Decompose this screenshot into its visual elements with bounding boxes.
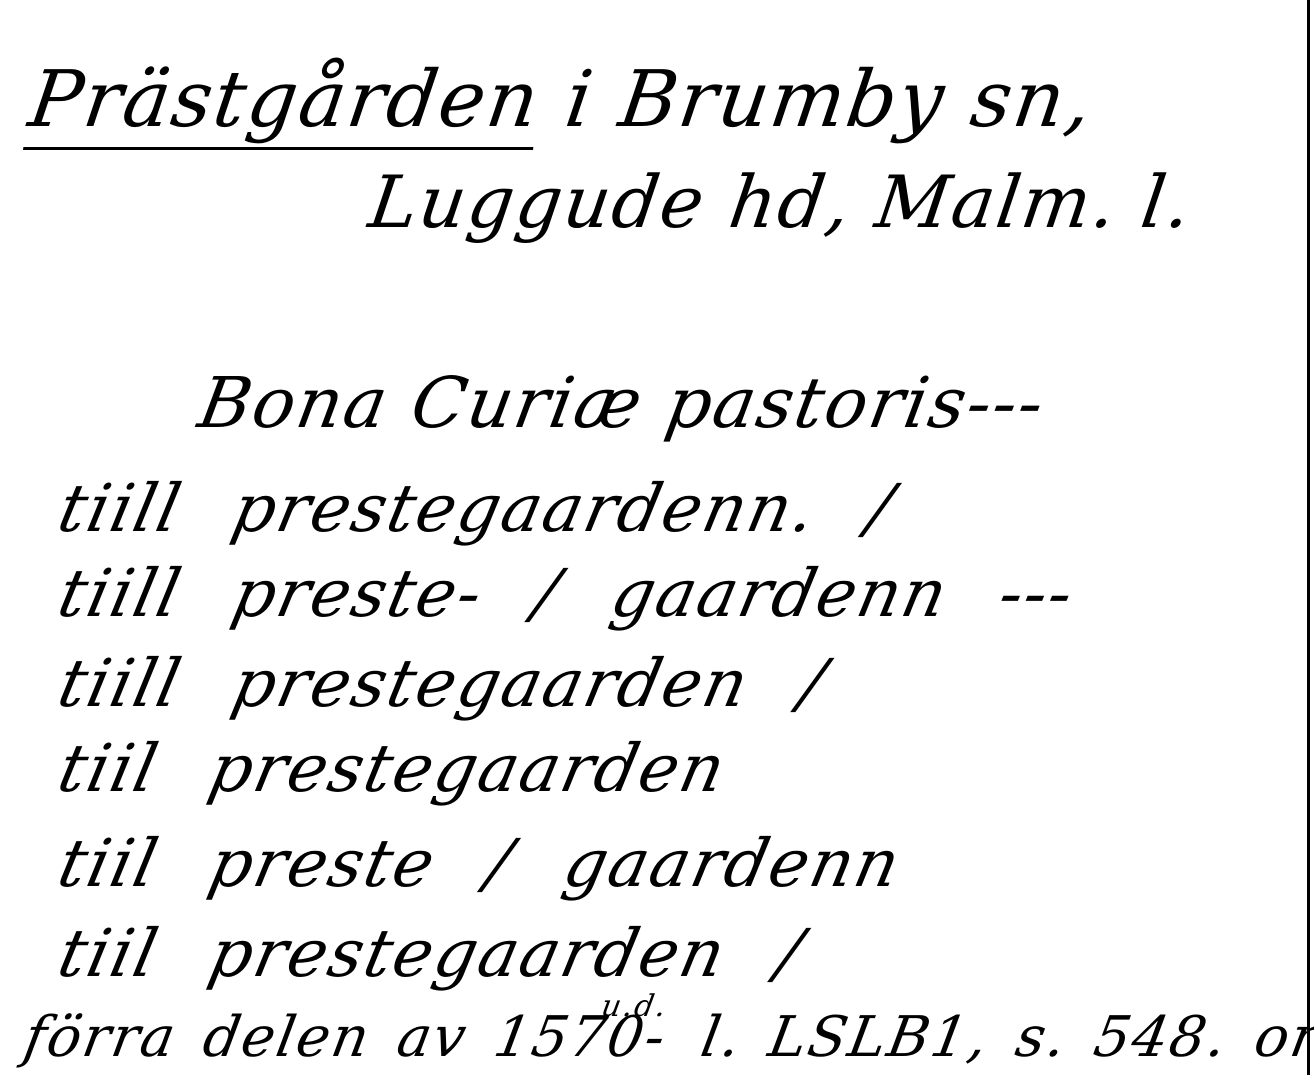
source-text-after: l. LSLB1, s. 548. orig. (forts.)	[696, 1005, 1314, 1070]
entry-line: tiil prestegaarden /	[52, 915, 811, 992]
source-reference: förra delen av 1570-u.d.l. LSLB1, s. 548…	[19, 1005, 1314, 1070]
entry-line: tiil preste / gaardenn	[52, 825, 909, 902]
source-superscript: u.d.	[599, 989, 671, 1024]
title-rest: i Brumby sn,	[533, 55, 1099, 145]
card-title-line-2: Luggude hd, Malm. l.	[364, 160, 1198, 244]
card-title-line-1: Prästgården i Brumby sn,	[24, 55, 1100, 145]
source-text-before: förra delen av 1570-	[19, 1005, 672, 1070]
card-heading: Bona Curiæ pastoris---	[193, 362, 1052, 444]
title-underlined-word: Prästgården	[23, 55, 546, 150]
entry-line: tiil prestegaarden	[52, 730, 734, 807]
entry-line: tiill preste- / gaardenn ---	[52, 555, 1082, 632]
entry-line: tiill prestegaardenn. /	[52, 470, 902, 547]
archive-card: Prästgården i Brumby sn, Luggude hd, Mal…	[0, 0, 1314, 1091]
card-edge-border	[1307, 0, 1310, 1075]
entry-line: tiill prestegaarden /	[52, 645, 834, 722]
